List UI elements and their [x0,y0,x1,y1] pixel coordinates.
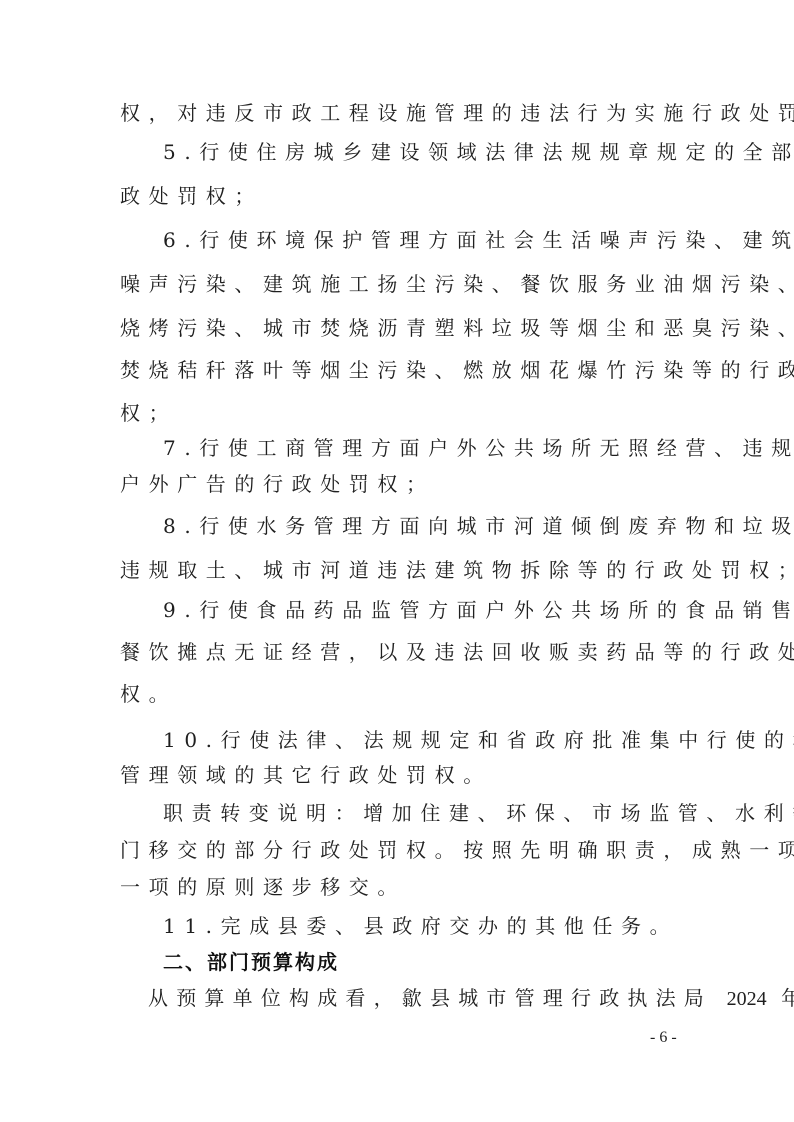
text-line-item-6: 6.行使环境保护管理方面社会生活噪声污染、建筑施工 [163,226,723,254]
text-line: 权，对违反市政工程设施管理的违法行为实施行政处罚； [120,99,680,127]
text-line: 烧烤污染、城市焚烧沥青塑料垃圾等烟尘和恶臭污染、露天 [120,314,680,342]
text-line-item-11: 11.完成县委、县政府交办的其他任务。 [163,912,723,940]
text-line-item-9: 9.行使食品药品监管方面户外公共场所的食品销售和 [163,596,723,624]
text-line: 违规取土、城市河道违法建筑物拆除等的行政处罚权； [120,556,680,584]
text-line: 门移交的部分行政处罚权。按照先明确职责，成熟一项移交 [120,836,680,864]
text-line-item-5: 5.行使住房城乡建设领域法律法规规章规定的全部行 [163,138,723,166]
budget-year: 2024 [727,988,767,1010]
budget-intro-suffix: 年度 [767,986,794,1010]
section-heading: 二、部门预算构成 [163,948,339,976]
text-line: 焚烧秸秆落叶等烟尘污染、燃放烟花爆竹污染等的行政处罚 [120,356,680,384]
text-line: 管理领域的其它行政处罚权。 [120,761,680,789]
budget-intro-prefix: 从预算单位构成看，歙县城市管理行政执法局 [148,986,727,1010]
text-line-item-10: 10.行使法律、法规规定和省政府批准集中行使的城市 [163,726,723,754]
text-line-budget-intro: 从预算单位构成看，歙县城市管理行政执法局 2024 年度 [148,984,708,1013]
text-line-item-8: 8.行使水务管理方面向城市河道倾倒废弃物和垃圾及 [163,512,723,540]
page-number: - 6 - [650,1027,677,1049]
text-line-item-7: 7.行使工商管理方面户外公共场所无照经营、违规设置 [163,434,723,462]
document-page: 权，对违反市政工程设施管理的违法行为实施行政处罚； 5.行使住房城乡建设领域法律… [0,0,794,1122]
text-line: 权； [120,399,680,427]
text-line-responsibility-note: 职责转变说明：增加住建、环保、市场监管、水利等部 [163,799,723,827]
text-line: 政处罚权； [120,182,680,210]
text-line: 一项的原则逐步移交。 [120,873,680,901]
text-line: 餐饮摊点无证经营，以及违法回收贩卖药品等的行政处罚 [120,638,680,666]
text-line: 权。 [120,680,680,708]
text-line: 户外广告的行政处罚权； [120,470,680,498]
text-line: 噪声污染、建筑施工扬尘污染、餐饮服务业油烟污染、露天 [120,270,680,298]
